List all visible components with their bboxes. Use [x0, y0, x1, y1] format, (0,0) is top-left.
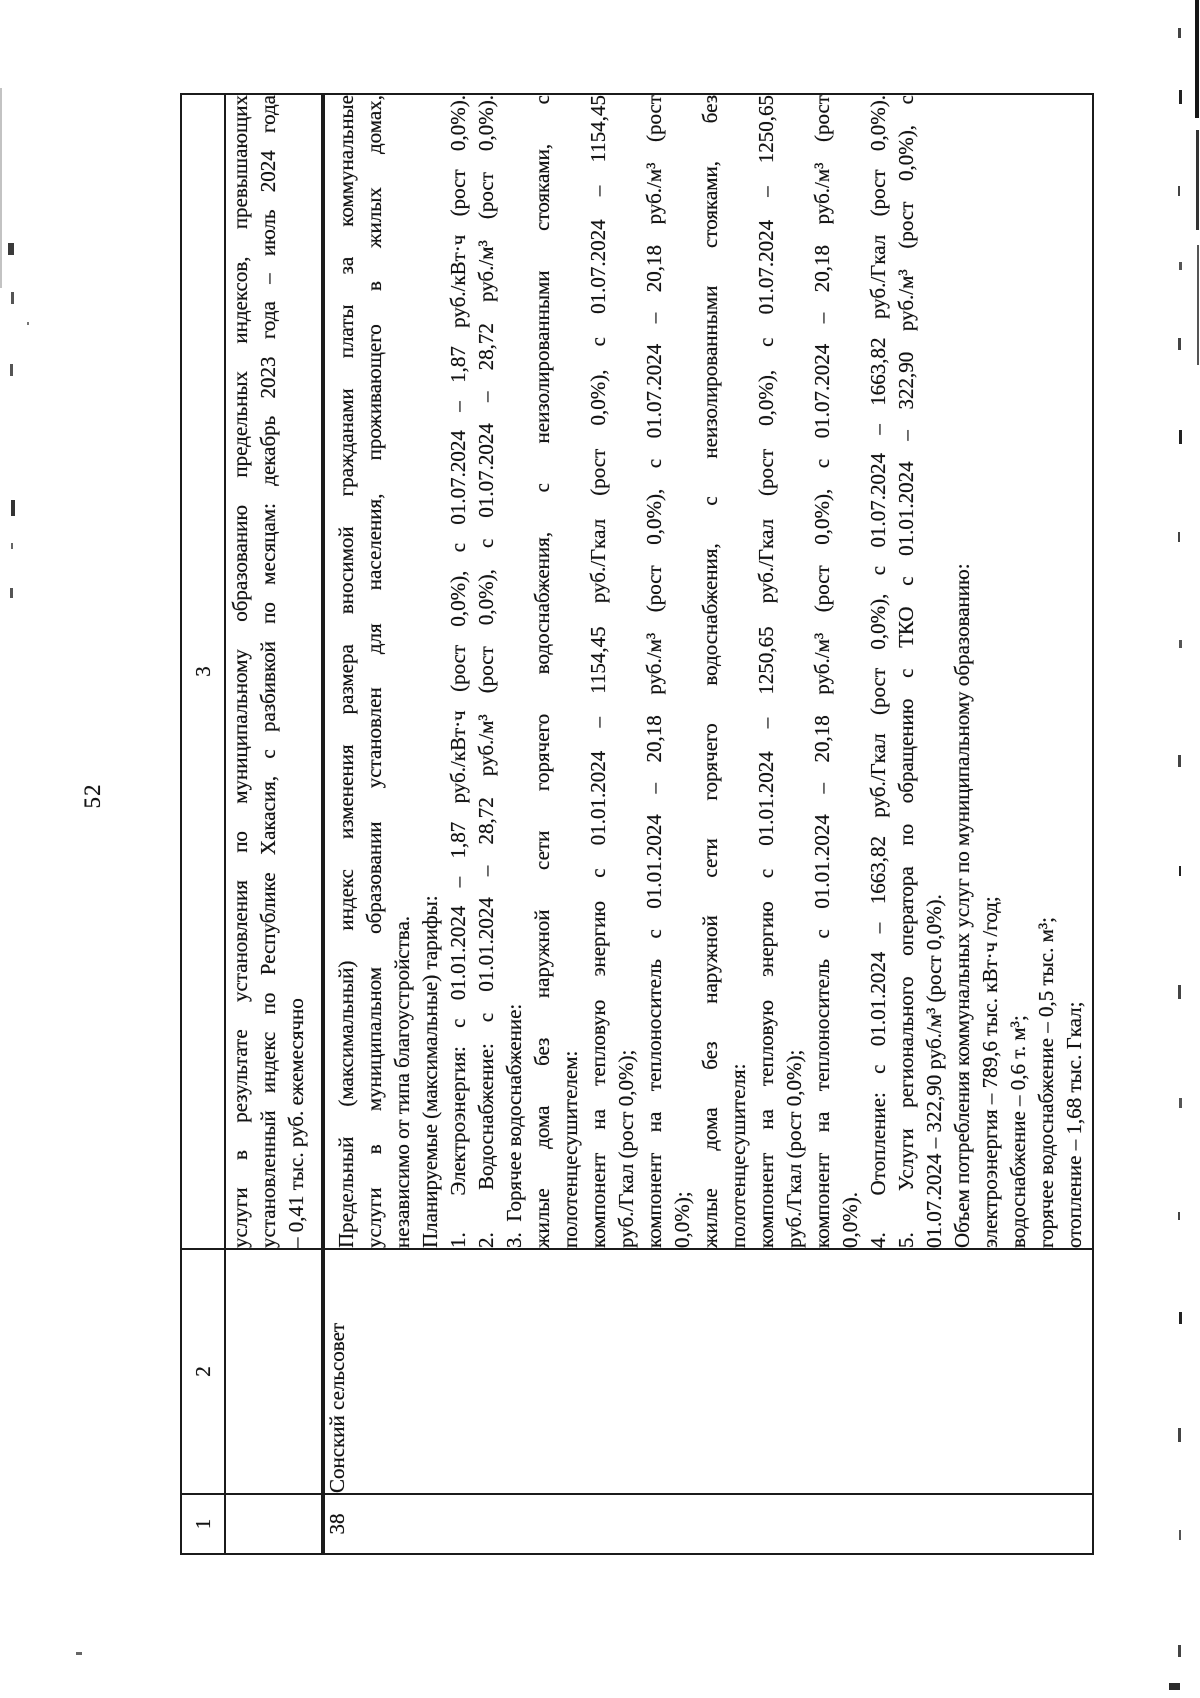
- table-row-38: 38 Сонский сельсовет Предельный (максима…: [323, 94, 1093, 1554]
- scan-artifact: [0, 88, 2, 288]
- col-header-1: 1: [181, 1494, 225, 1554]
- text-line: Объем потребления коммунальных услуг по …: [948, 95, 976, 1248]
- col-header-3: 3: [181, 94, 225, 1249]
- text-line: Планируемые (максимальные) тарифы:: [416, 95, 444, 1248]
- scan-artifact: [76, 1652, 82, 1655]
- text-line: 0,0%).: [836, 95, 864, 1248]
- scan-artifact: [1178, 1428, 1181, 1442]
- text-line: услуги в результате установления по муни…: [226, 95, 254, 1248]
- municipality-cell: [225, 1249, 323, 1494]
- scanned-document-page: 52 1 2 3 услуги в результате установлени…: [0, 0, 1200, 1698]
- text-line: 0,0%);: [668, 95, 696, 1248]
- scan-artifact: [1196, 130, 1199, 230]
- scan-artifact: [27, 322, 29, 325]
- text-line: независимо от типа благоустройства.: [388, 95, 416, 1248]
- scan-artifact: [11, 292, 14, 304]
- scan-artifact: [1179, 1530, 1181, 1540]
- text-line: – 0,41 тыс. руб. ежемесячно: [282, 95, 310, 1248]
- text-line: отопление – 1,68 тыс. Гкал;: [1060, 95, 1088, 1248]
- scan-artifact: [11, 500, 15, 516]
- scan-artifact: [1178, 338, 1181, 350]
- scan-artifact: [1179, 1312, 1182, 1324]
- scan-artifact: [1178, 755, 1181, 767]
- rotated-page-content: 52 1 2 3 услуги в результате установлени…: [0, 0, 1200, 1698]
- text-line: 5. Услуги регионального оператора по обр…: [892, 95, 920, 1248]
- scan-artifact: [11, 543, 13, 549]
- scan-artifact: [1178, 985, 1181, 999]
- municipality-cell: Сонский сельсовет: [323, 1249, 1093, 1494]
- text-line: полотенцесушителем:: [556, 95, 584, 1248]
- table-row-continuation: услуги в результате установления по муни…: [225, 94, 323, 1554]
- scan-artifact: [1179, 90, 1182, 104]
- text-line: компонент на тепловую энергию с 01.01.20…: [584, 95, 612, 1248]
- scan-artifact: [1178, 186, 1180, 196]
- scan-artifact: [1178, 28, 1181, 38]
- scan-artifact: [1197, 245, 1199, 365]
- scan-artifact: [1178, 1645, 1181, 1657]
- page-number: 52: [80, 770, 106, 822]
- text-line: руб./Гкал (рост 0,0%);: [612, 95, 640, 1248]
- text-line: компонент на теплоноситель с 01.01.2024 …: [808, 95, 836, 1248]
- text-line: 3. Горячее водоснабжение:: [500, 95, 528, 1248]
- scan-artifact: [1178, 532, 1180, 542]
- col-header-2: 2: [181, 1249, 225, 1494]
- scan-artifact: [8, 243, 14, 255]
- scan-artifact: [1179, 430, 1182, 444]
- text-line: 01.07.2024 – 322,90 руб./м³ (рост 0,0%).: [920, 95, 948, 1248]
- text-line: жилые дома без наружной сети горячего во…: [528, 95, 556, 1248]
- scan-artifact: [1178, 1212, 1180, 1220]
- row-number-cell: 38: [323, 1494, 1093, 1554]
- description-cell: Предельный (максимальный) индекс изменен…: [323, 94, 1093, 1249]
- scan-artifact: [1169, 1683, 1180, 1690]
- text-line: 2. Водоснабжение: с 01.01.2024 – 28,72 р…: [472, 95, 500, 1248]
- text-line: полотенцесушителя:: [724, 95, 752, 1248]
- text-line: услуги в муниципальном образовании устан…: [360, 95, 388, 1248]
- text-line: водоснабжение – 0,6 т. м³;: [1004, 95, 1032, 1248]
- text-line: компонент на тепловую энергию с 01.01.20…: [752, 95, 780, 1248]
- scan-artifact: [1179, 866, 1181, 876]
- text-line: установленный индекс по Республике Хакас…: [254, 95, 282, 1248]
- description-cell: услуги в результате установления по муни…: [225, 94, 323, 1249]
- scan-artifact: [1195, 0, 1199, 118]
- text-line: электроэнергия – 789,6 тыс. кВт·ч /год;: [976, 95, 1004, 1248]
- text-line: жилые дома без наружной сети горячего во…: [696, 95, 724, 1248]
- text-line: горячее водоснабжение – 0,5 тыс. м³;: [1032, 95, 1060, 1248]
- scan-artifact: [1179, 262, 1182, 270]
- tariff-table: 1 2 3 услуги в результате установления п…: [180, 93, 1094, 1555]
- scan-artifact: [1179, 640, 1182, 648]
- text-line: Предельный (максимальный) индекс изменен…: [332, 95, 360, 1248]
- text-line: компонент на теплоноситель с 01.01.2024 …: [640, 95, 668, 1248]
- text-line: 4. Отопление: с 01.01.2024 – 1663,82 руб…: [864, 95, 892, 1248]
- scan-artifact: [10, 364, 13, 376]
- row-number-cell: [225, 1494, 323, 1554]
- text-line: руб./Гкал (рост 0,0%);: [780, 95, 808, 1248]
- scan-artifact: [10, 588, 13, 598]
- table-header-row: 1 2 3: [181, 94, 225, 1554]
- scan-artifact: [1179, 1098, 1182, 1108]
- text-line: 1. Электроэнергия: с 01.01.2024 – 1,87 р…: [444, 95, 472, 1248]
